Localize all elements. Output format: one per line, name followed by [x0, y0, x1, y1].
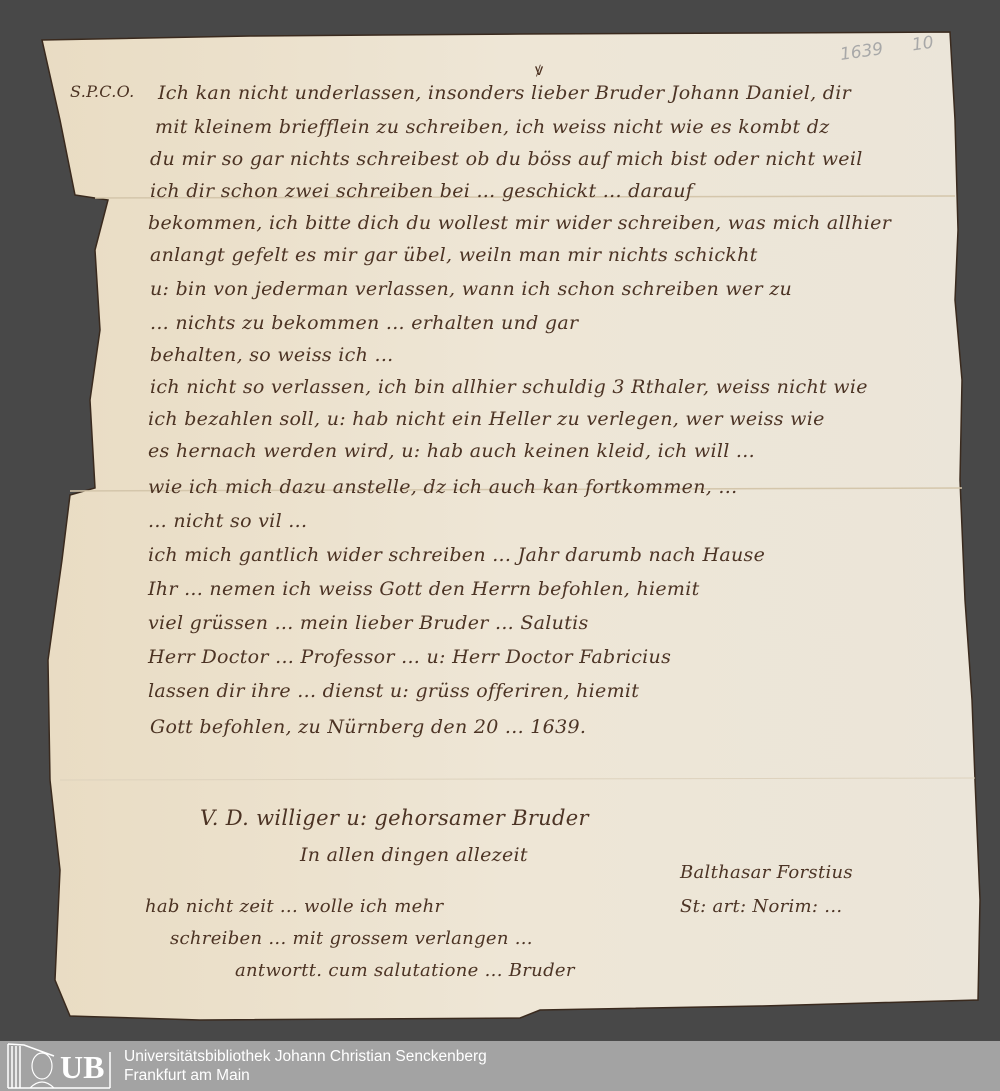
letter-line: wie ich mich dazu anstelle, dz ich auch … — [148, 476, 737, 498]
letter-line: bekommen, ich bitte dich du wollest mir … — [148, 212, 891, 234]
letter-line: mit kleinem briefflein zu schreiben, ich… — [155, 116, 830, 138]
closing-line: In allen dingen allezeit — [300, 844, 528, 866]
letter-line: du mir so gar nichts schreibest ob du bö… — [150, 148, 863, 170]
letter-line: anlangt gefelt es mir gar übel, weiln ma… — [150, 244, 758, 266]
signature-name: Balthasar Forstius — [680, 862, 853, 883]
library-footer: UB Universitätsbibliothek Johann Christi… — [0, 1041, 1000, 1091]
signature-title: St: art: Norim: ... — [680, 896, 842, 917]
postscript-line: schreiben ... mit grossem verlangen ... — [170, 928, 533, 949]
letter-date-line: Gott befohlen, zu Nürnberg den 20 ... 16… — [150, 716, 586, 738]
letter-line: ... nicht so vil ... — [148, 510, 307, 532]
closing-line: V. D. williger u: gehorsamer Bruder — [200, 806, 589, 830]
letter-line: ich mich gantlich wider schreiben ... Ja… — [148, 544, 765, 566]
postscript-line: hab nicht zeit ... wolle ich mehr — [145, 896, 443, 917]
ub-logo: UB — [4, 1042, 114, 1090]
logo-ub-text: UB — [60, 1050, 104, 1084]
letter-line: ich bezahlen soll, u: hab nicht ein Hell… — [148, 408, 825, 430]
scan-viewer: 1639 10 ꝟ S.P.C.O. Ich kan nicht underla… — [0, 0, 1000, 1040]
letter-line: u: bin von jederman verlassen, wann ich … — [150, 278, 792, 300]
letter-line: ich nicht so verlassen, ich bin allhier … — [150, 376, 868, 398]
letter-line: ... nichts zu bekommen ... erhalten und … — [150, 312, 578, 334]
letter-line: Herr Doctor ... Professor ... u: Herr Do… — [148, 646, 671, 668]
letter-line: lassen dir ihre ... dienst u: grüss offe… — [148, 680, 639, 702]
salutation-prefix: S.P.C.O. — [70, 82, 135, 101]
letter-line: Ich kan nicht underlassen, insonders lie… — [158, 82, 851, 104]
postscript-line: antwortt. cum salutatione ... Bruder — [235, 960, 575, 981]
pencil-annotation-folio: 10 — [911, 33, 935, 56]
letter-line: viel grüssen ... mein lieber Bruder ... … — [148, 612, 589, 634]
letter-line: ich dir schon zwei schreiben bei ... ges… — [150, 180, 693, 202]
institution-name: Universitätsbibliothek Johann Christian … — [124, 1047, 487, 1066]
letter-line: es hernach werden wird, u: hab auch kein… — [148, 440, 755, 462]
institution-city: Frankfurt am Main — [124, 1066, 487, 1085]
manuscript-page: 1639 10 ꝟ S.P.C.O. Ich kan nicht underla… — [0, 0, 1000, 1040]
heading-flourish: ꝟ — [535, 58, 543, 80]
letter-line: Ihr ... nemen ich weiss Gott den Herrn b… — [148, 578, 700, 600]
letter-line: behalten, so weiss ich ... — [150, 344, 394, 366]
